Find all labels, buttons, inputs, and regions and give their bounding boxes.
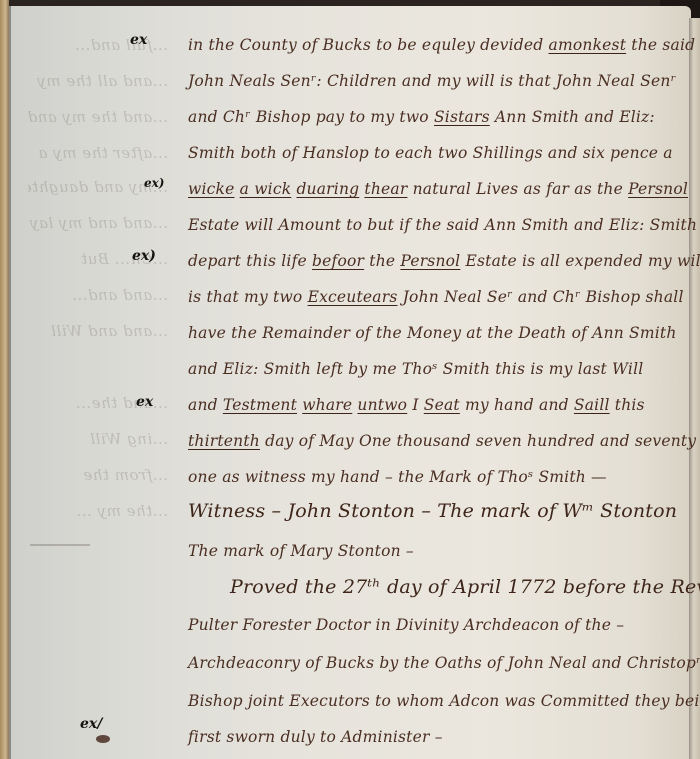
witness-line: Witness – John Stonton – The mark of Wᵐ … xyxy=(188,500,678,522)
manuscript-line: have the Remainder of the Money at the D… xyxy=(188,322,678,344)
manuscript-line: and Testment whare untwo I Seat my hand … xyxy=(188,394,678,416)
bleed-through-text: ...ing Will xyxy=(28,430,168,448)
manuscript-line: one as witness my hand – the Mark of Tho… xyxy=(188,466,678,488)
bleed-through-text: ...after the my a xyxy=(28,144,168,162)
bleed-through-text: ...from the xyxy=(28,466,168,484)
manuscript-line: depart this life befoor the Persnol Esta… xyxy=(188,250,678,272)
bleed-through-text: ...and and... xyxy=(28,286,168,304)
bleed-through-text: ...the my ... xyxy=(28,502,168,520)
bleed-through-text: ...and and my lay xyxy=(28,214,168,232)
manuscript-scan: ...full and... ...and all the my ...and … xyxy=(0,0,700,759)
manuscript-line: Bishop joint Executors to whom Adcon was… xyxy=(188,690,678,712)
ink-blot xyxy=(96,735,110,743)
margin-annotation: ex xyxy=(130,32,147,48)
book-edge-right xyxy=(689,18,700,759)
bleed-through-text: ...and and Will xyxy=(28,322,168,340)
manuscript-line: John Neals Senʳ: Children and my will is… xyxy=(188,70,678,92)
bleed-through-text: ...and all the my xyxy=(28,72,168,90)
manuscript-line: Archdeaconry of Bucks by the Oaths of Jo… xyxy=(188,652,678,674)
probate-heading-line: Proved the 27ᵗʰ day of April 1772 before… xyxy=(230,576,700,598)
manuscript-line: wicke a wick duaring thear natural Lives… xyxy=(188,178,678,200)
book-edge-left xyxy=(0,0,9,759)
bleed-through-text: ...and the my and xyxy=(28,108,168,126)
manuscript-line: is that my two Exceutears John Neal Seʳ … xyxy=(188,286,678,308)
margin-annotation: ex) xyxy=(132,248,156,264)
margin-annotation: ex) xyxy=(144,176,164,190)
faint-dash-mark xyxy=(30,544,90,546)
manuscript-line: and Chʳ Bishop pay to my two Sistars Ann… xyxy=(188,106,678,128)
margin-annotation: ex/ xyxy=(80,716,102,732)
manuscript-line: and Eliz: Smith left by me Thoˢ Smith th… xyxy=(188,358,678,380)
manuscript-line: Pulter Forester Doctor in Divinity Archd… xyxy=(188,614,678,636)
manuscript-line: first sworn duly to Administer – xyxy=(188,726,678,748)
manuscript-line: in the County of Bucks to be equley devi… xyxy=(188,34,678,56)
manuscript-line: thirtenth day of May One thousand seven … xyxy=(188,430,678,452)
manuscript-line: The mark of Mary Stonton – xyxy=(188,540,678,562)
manuscript-line: Smith both of Hanslop to each two Shilli… xyxy=(188,142,678,164)
manuscript-line: Estate will Amount to but if the said An… xyxy=(188,214,678,236)
margin-annotation: ex xyxy=(136,394,153,410)
